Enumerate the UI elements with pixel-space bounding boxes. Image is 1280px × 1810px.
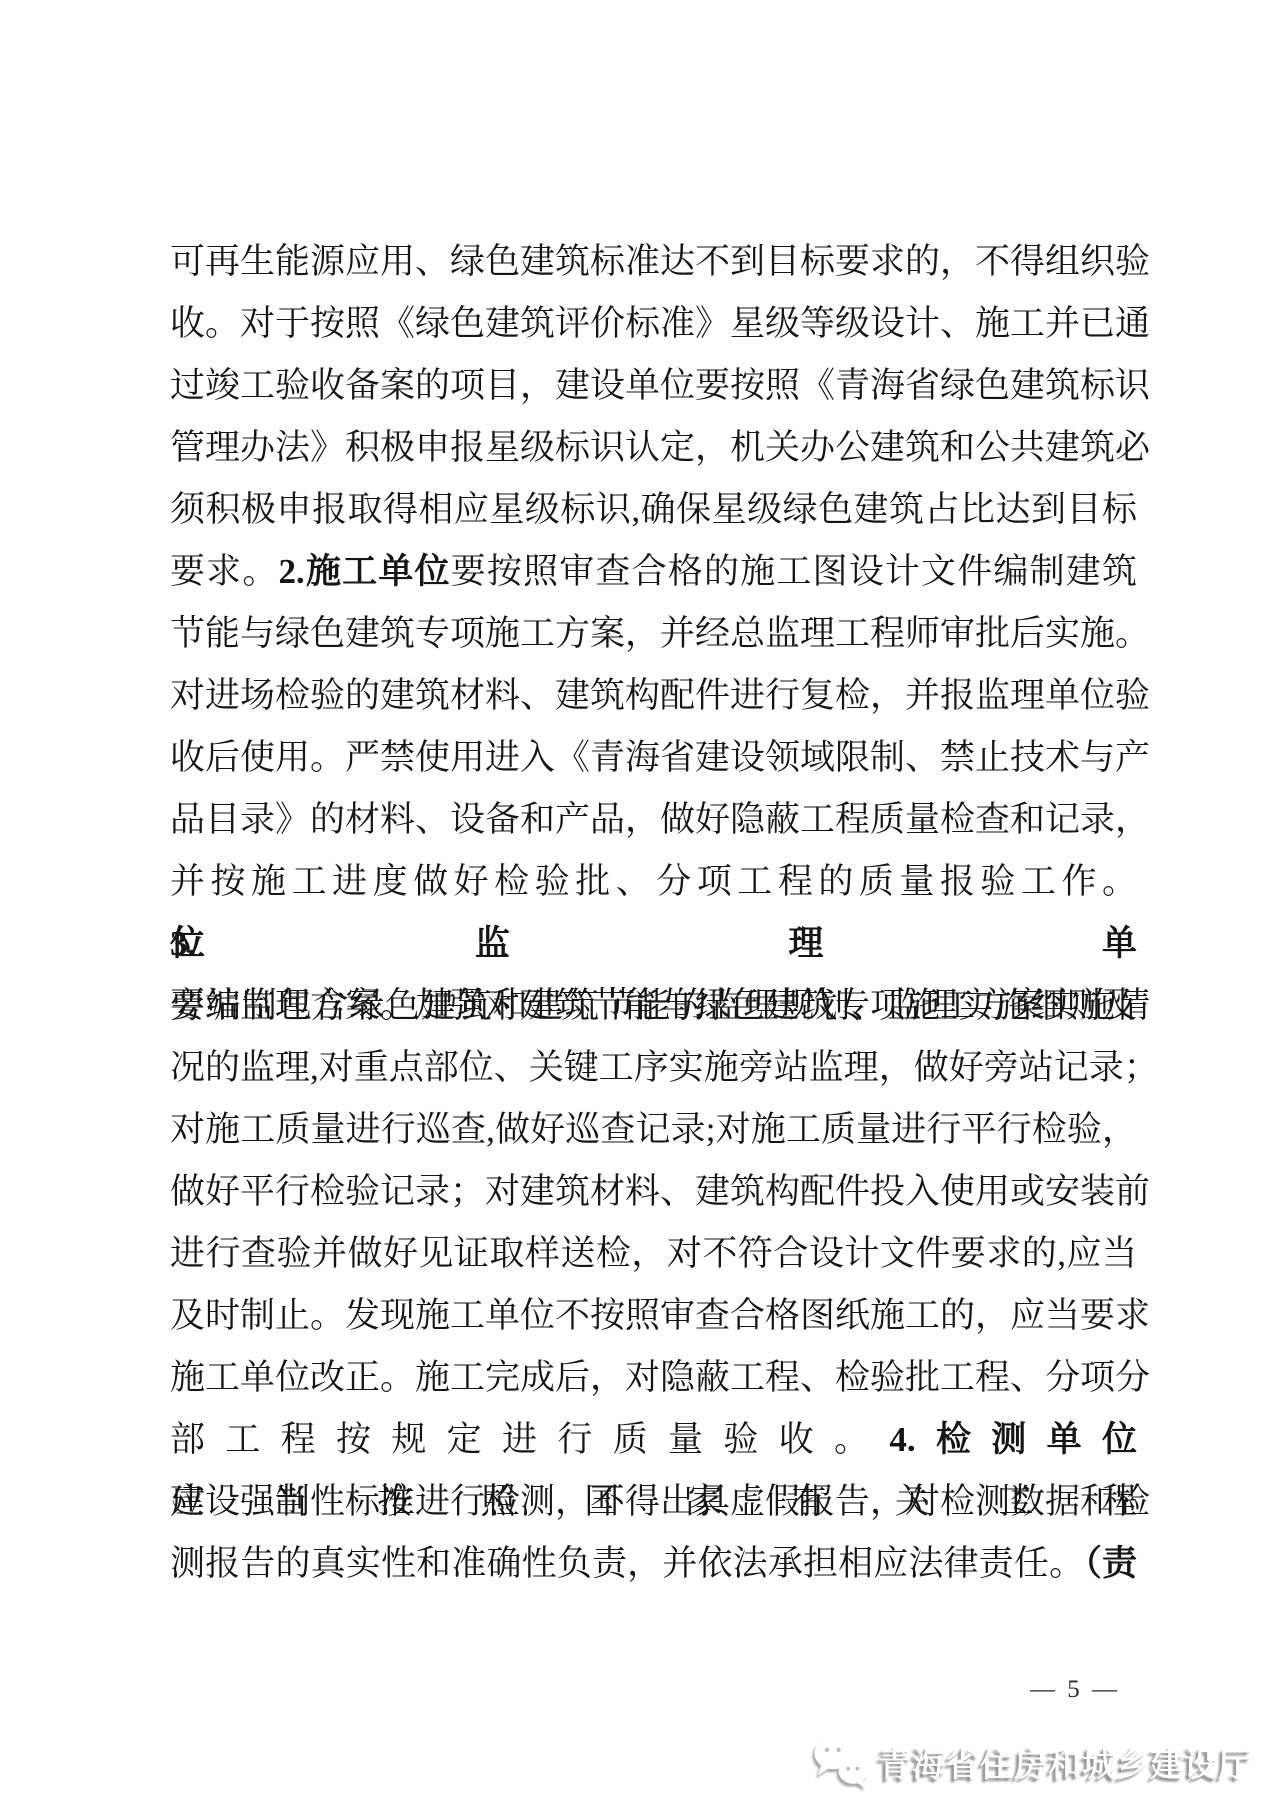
body-text: 可再生能源应用、绿色建筑标准达不到目标要求的，不得组织验收。对于按照《绿色建筑评… [170,231,1137,1595]
wechat-icon [812,1734,870,1790]
text-line: 建设强制性标准进行检测，不得出具虚假报告，对检测数据和检 [170,1471,1137,1533]
text-line: 品目录》的材料、设备和产品，做好隐蔽工程质量检查和记录， [170,789,1137,851]
footer-org-name: 青海省住房和城乡建设厅 [878,1739,1252,1786]
text-segment: 并按施工进度做好检验批、分项工程的质量报验工作。 [170,862,1137,901]
text-line: 须积极申报取得相应星级标识,确保星级绿色建筑占比达到目标 [170,479,1137,541]
text-line: 做好平行检验记录；对建筑材料、建筑构配件投入使用或安装前 [170,1161,1137,1223]
text-segment: 过竣工验收备案的项目，建设单位要按照《青海省绿色建筑标识 [170,366,1150,405]
text-line: 测报告的真实性和准确性负责，并依法承担相应法律责任。（责 [170,1533,1137,1595]
text-segment: 节能与绿色建筑专项施工方案，并经总监理工程师审批后实施。 [170,614,1150,653]
text-line: 对进场检验的建筑材料、建筑构配件进行复检，并报监理单位验 [170,665,1137,727]
text-line: 节能与绿色建筑专项施工方案，并经总监理工程师审批后实施。 [170,603,1137,665]
text-segment: 部工程按规定进行质量验收。 [170,1420,889,1459]
text-line: 要求。2.施工单位要按照审查合格的施工图设计文件编制建筑 [170,541,1137,603]
bold-text-segment: （责 [1084,1544,1137,1583]
text-segment: 收后使用。严禁使用进入《青海省建设领域限制、禁止技术与产 [170,738,1150,777]
text-segment: 要求。 [170,552,279,591]
text-segment: 要按照审查合格的施工图设计文件编制建筑 [451,552,1137,591]
text-line: 并按施工进度做好检验批、分项工程的质量报验工作。3.监理单 [170,851,1137,913]
bold-text-segment: 3.监理单 [170,924,1137,963]
text-line: 旁站监理方案。加强对建筑节能与绿色建筑专项施工方案实施情 [170,975,1137,1037]
text-line: 况的监理,对重点部位、关键工序实施旁站监理，做好旁站记录； [170,1037,1137,1099]
text-line: 施工单位改正。施工完成后，对隐蔽工程、检验批工程、分项分 [170,1347,1137,1409]
text-line: 收后使用。严禁使用进入《青海省建设领域限制、禁止技术与产 [170,727,1137,789]
page-number: — 5 — [1030,1676,1120,1704]
text-segment: 可再生能源应用、绿色建筑标准达不到目标要求的，不得组织验 [170,242,1150,281]
bold-text-segment: 2.施工单位 [279,552,451,591]
text-line: 进行查验并做好见证取样送检，对不符合设计文件要求的,应当 [170,1223,1137,1285]
text-segment: 管理办法》积极申报星级标识认定，机关办公建筑和公共建筑必 [170,428,1150,467]
text-segment: 对进场检验的建筑材料、建筑构配件进行复检，并报监理单位验 [170,676,1150,715]
footer-watermark: 青海省住房和城乡建设厅 [812,1734,1252,1790]
text-segment: 对施工质量进行巡查,做好巡查记录;对施工质量进行平行检验， [170,1110,1137,1149]
text-segment: 做好平行检验记录；对建筑材料、建筑构配件投入使用或安装前 [170,1172,1150,1211]
bold-text-segment: 4.检测单位 [889,1420,1137,1459]
text-segment: 收。对于按照《绿色建筑评价标准》星级等级设计、施工并已通 [170,304,1150,343]
text-segment: 进行查验并做好见证取样送检，对不符合设计文件要求的,应当 [170,1234,1137,1273]
text-segment: 测报告的真实性和准确性负责，并依法承担相应法律责任。 [170,1544,1084,1583]
text-segment: 施工单位改正。施工完成后，对隐蔽工程、检验批工程、分项分 [170,1358,1150,1397]
text-line: 可再生能源应用、绿色建筑标准达不到目标要求的，不得组织验 [170,231,1137,293]
text-line: 对施工质量进行巡查,做好巡查记录;对施工质量进行平行检验， [170,1099,1137,1161]
text-line: 管理办法》积极申报星级标识认定，机关办公建筑和公共建筑必 [170,417,1137,479]
document-page: 可再生能源应用、绿色建筑标准达不到目标要求的，不得组织验收。对于按照《绿色建筑评… [0,0,1280,1810]
bold-text-segment: 位 [170,924,205,963]
text-line: 过竣工验收备案的项目，建设单位要按照《青海省绿色建筑标识 [170,355,1137,417]
text-segment: 况的监理,对重点部位、关键工序实施旁站监理，做好旁站记录； [170,1048,1159,1087]
text-segment: 旁站监理方案。加强对建筑节能与绿色建筑专项施工方案实施情 [170,986,1150,1025]
text-line: 及时制止。发现施工单位不按照审查合格图纸施工的，应当要求 [170,1285,1137,1347]
text-line: 部工程按规定进行质量验收。4.检测单位应当按照国家有关工程 [170,1409,1137,1471]
text-segment: 须积极申报取得相应星级标识,确保星级绿色建筑占比达到目标 [170,490,1137,529]
text-segment: 建设强制性标准进行检测，不得出具虚假报告，对检测数据和检 [170,1482,1150,1521]
text-segment: 品目录》的材料、设备和产品，做好隐蔽工程质量检查和记录， [170,800,1150,839]
text-segment: 及时制止。发现施工单位不按照审查合格图纸施工的，应当要求 [170,1296,1150,1335]
text-line: 收。对于按照《绿色建筑评价标准》星级等级设计、施工并已通 [170,293,1137,355]
